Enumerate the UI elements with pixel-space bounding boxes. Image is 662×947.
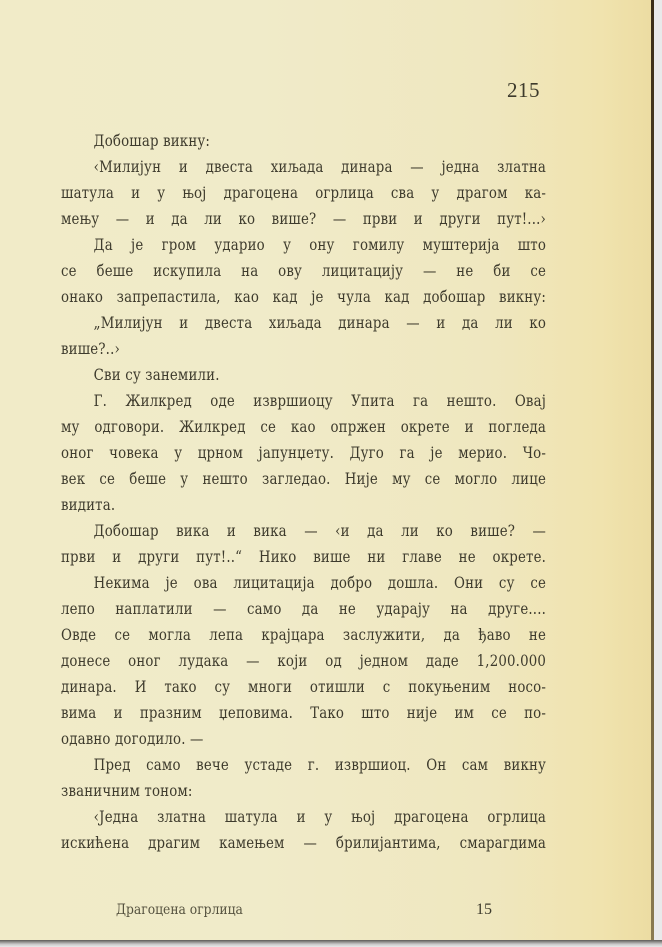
text-line: Да је гром ударио у ону гомилу муштерија… bbox=[61, 232, 546, 258]
paragraph: Да је гром ударио у ону гомилу муштерија… bbox=[61, 232, 546, 310]
paragraph: „Милијун и двеста хиљада динара — и да л… bbox=[61, 310, 546, 362]
paragraph: Г. Жилкред оде извршиоцу Упита га нешто.… bbox=[61, 388, 546, 518]
paragraph: Некима је ова лицитација добро дошла. Он… bbox=[61, 570, 546, 752]
page-number: 215 bbox=[507, 78, 540, 103]
text-line: динара. И тако су многи отишли с покуњен… bbox=[61, 674, 546, 700]
paragraph: Добошар викну: bbox=[61, 128, 546, 154]
page-edge bbox=[651, 0, 654, 940]
text-line: Овде се могла лепа крајцара заслужити, д… bbox=[61, 622, 546, 648]
text-line: онако запрепастила, као кад је чула кад … bbox=[61, 284, 546, 310]
text-line: донесе оног лудака — који од једном даде… bbox=[61, 648, 546, 674]
text-line: видита. bbox=[61, 492, 546, 518]
text-line: Г. Жилкред оде извршиоцу Упита га нешто.… bbox=[61, 388, 546, 414]
footer-signature-mark: 15 bbox=[476, 901, 492, 919]
paragraph: Сви су занемили. bbox=[61, 362, 546, 388]
text-line: мењу — и да ли ко више? — први и други п… bbox=[61, 206, 546, 232]
scan-bottom-edge bbox=[0, 940, 662, 947]
text-line: „Милијун и двеста хиљада динара — и да л… bbox=[61, 310, 546, 336]
text-line: се беше искупила на ову лицитацију — не … bbox=[61, 258, 546, 284]
text-line: Сви су занемили. bbox=[61, 362, 546, 388]
text-line: лепо наплатили — само да не ударају на д… bbox=[61, 596, 546, 622]
text-line: искићена драгим камењем — брилијантима, … bbox=[61, 830, 546, 856]
paragraph: Пред само вече устаде г. извршиоц. Он са… bbox=[61, 752, 546, 804]
footer-book-title: Драгоцена огрлица bbox=[116, 902, 243, 918]
paragraph: Добошар вика и вика — ‹и да ли ко више? … bbox=[61, 518, 546, 570]
text-line: ‹Милијун и двеста хиљада динара — једна … bbox=[61, 154, 546, 180]
text-line: му одговори. Жилкред се као опржен окрет… bbox=[61, 414, 546, 440]
paragraph: ‹Милијун и двеста хиљада динара — једна … bbox=[61, 154, 546, 232]
paragraph: ‹Једна златна шатула и у њој драгоцена о… bbox=[61, 804, 546, 856]
text-line: век се беше у нешто загледао. Није му се… bbox=[61, 466, 546, 492]
text-line: више?..› bbox=[61, 336, 546, 362]
book-page: 215 Добошар викну:‹Милијун и двеста хиља… bbox=[0, 0, 653, 940]
text-line: ‹Једна златна шатула и у њој драгоцена о… bbox=[61, 804, 546, 830]
text-line: оног човека у црном јапунџету. Дуго га ј… bbox=[61, 440, 546, 466]
text-line: шатула и у њој драгоцена огрлица сва у д… bbox=[61, 180, 546, 206]
text-line: први и други пут!..“ Нико више ни главе … bbox=[61, 544, 546, 570]
text-line: Добошар викну: bbox=[61, 128, 546, 154]
body-text: Добошар викну:‹Милијун и двеста хиљада д… bbox=[61, 128, 546, 856]
text-line: одавно догодило. — bbox=[61, 726, 546, 752]
text-line: Добошар вика и вика — ‹и да ли ко више? … bbox=[61, 518, 546, 544]
text-line: Некима је ова лицитација добро дошла. Он… bbox=[61, 570, 546, 596]
text-line: вима и празним џеповима. Тако што није и… bbox=[61, 700, 546, 726]
text-line: званичним тоном: bbox=[61, 778, 546, 804]
text-line: Пред само вече устаде г. извршиоц. Он са… bbox=[61, 752, 546, 778]
